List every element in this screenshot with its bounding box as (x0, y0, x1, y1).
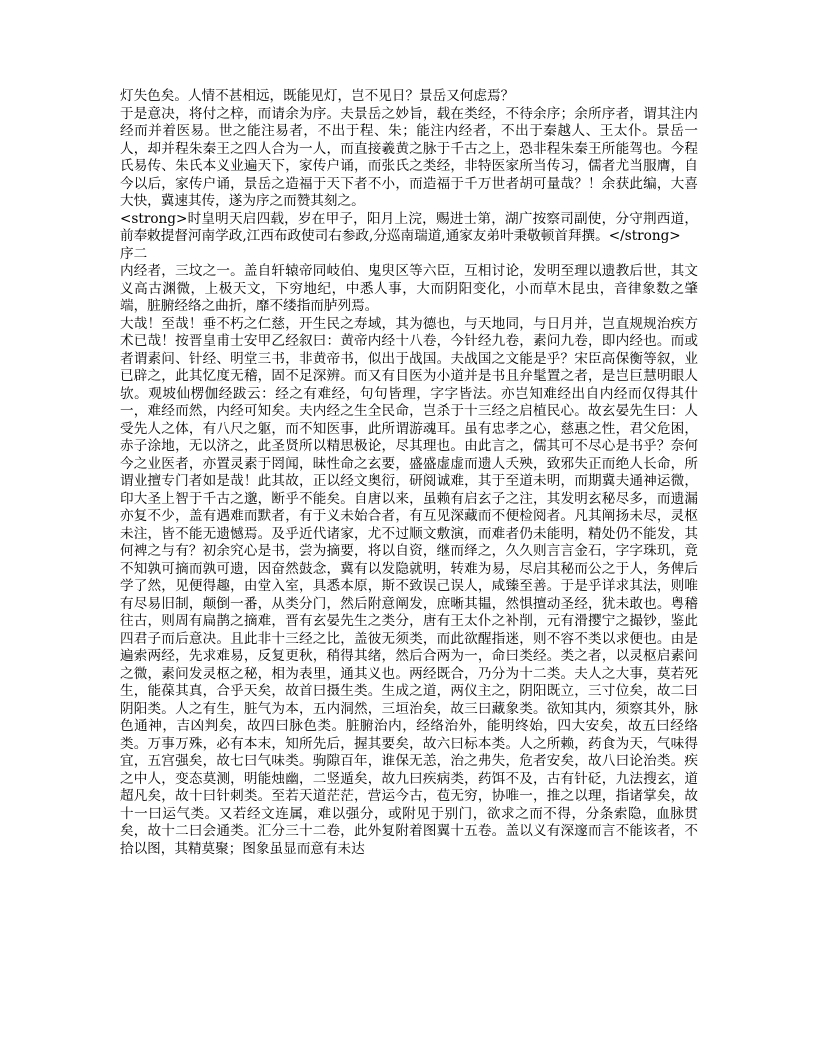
text-block: 灯失色矣。人情不甚相远，既能见灯，岂不见日？景岳又何虑焉？ 于是意决，将付之梓，… (120, 88, 698, 858)
preface-two-paragraph-2: 大哉！至哉！垂不朽之仁慈，开生民之寿域，其为德也，与天地同，与日月并，岂直规规治… (120, 316, 698, 859)
preface-one-paragraph-2: 于是意决，将付之梓，而请余为序。夫景岳之妙旨，载在类经，不待余序；余所序者，谓其… (120, 106, 698, 211)
preface-two-paragraph-1: 内经者，三坟之一。盖自轩辕帝同岐伯、鬼臾区等六臣，互相讨论，发明至理以遗教后世，… (120, 263, 698, 316)
document-page: 灯失色矣。人情不甚相远，既能见灯，岂不见日？景岳又何虑焉？ 于是意决，将付之梓，… (0, 0, 816, 1056)
section-heading-preface-two: 序二 (120, 246, 698, 264)
preface-one-colophon: <strong>时皇明天启四载，岁在甲子，阳月上浣，赐进士第，湖广按察司副使，分… (120, 211, 698, 246)
preface-one-paragraph-1: 灯失色矣。人情不甚相远，既能见灯，岂不见日？景岳又何虑焉？ (120, 88, 698, 106)
